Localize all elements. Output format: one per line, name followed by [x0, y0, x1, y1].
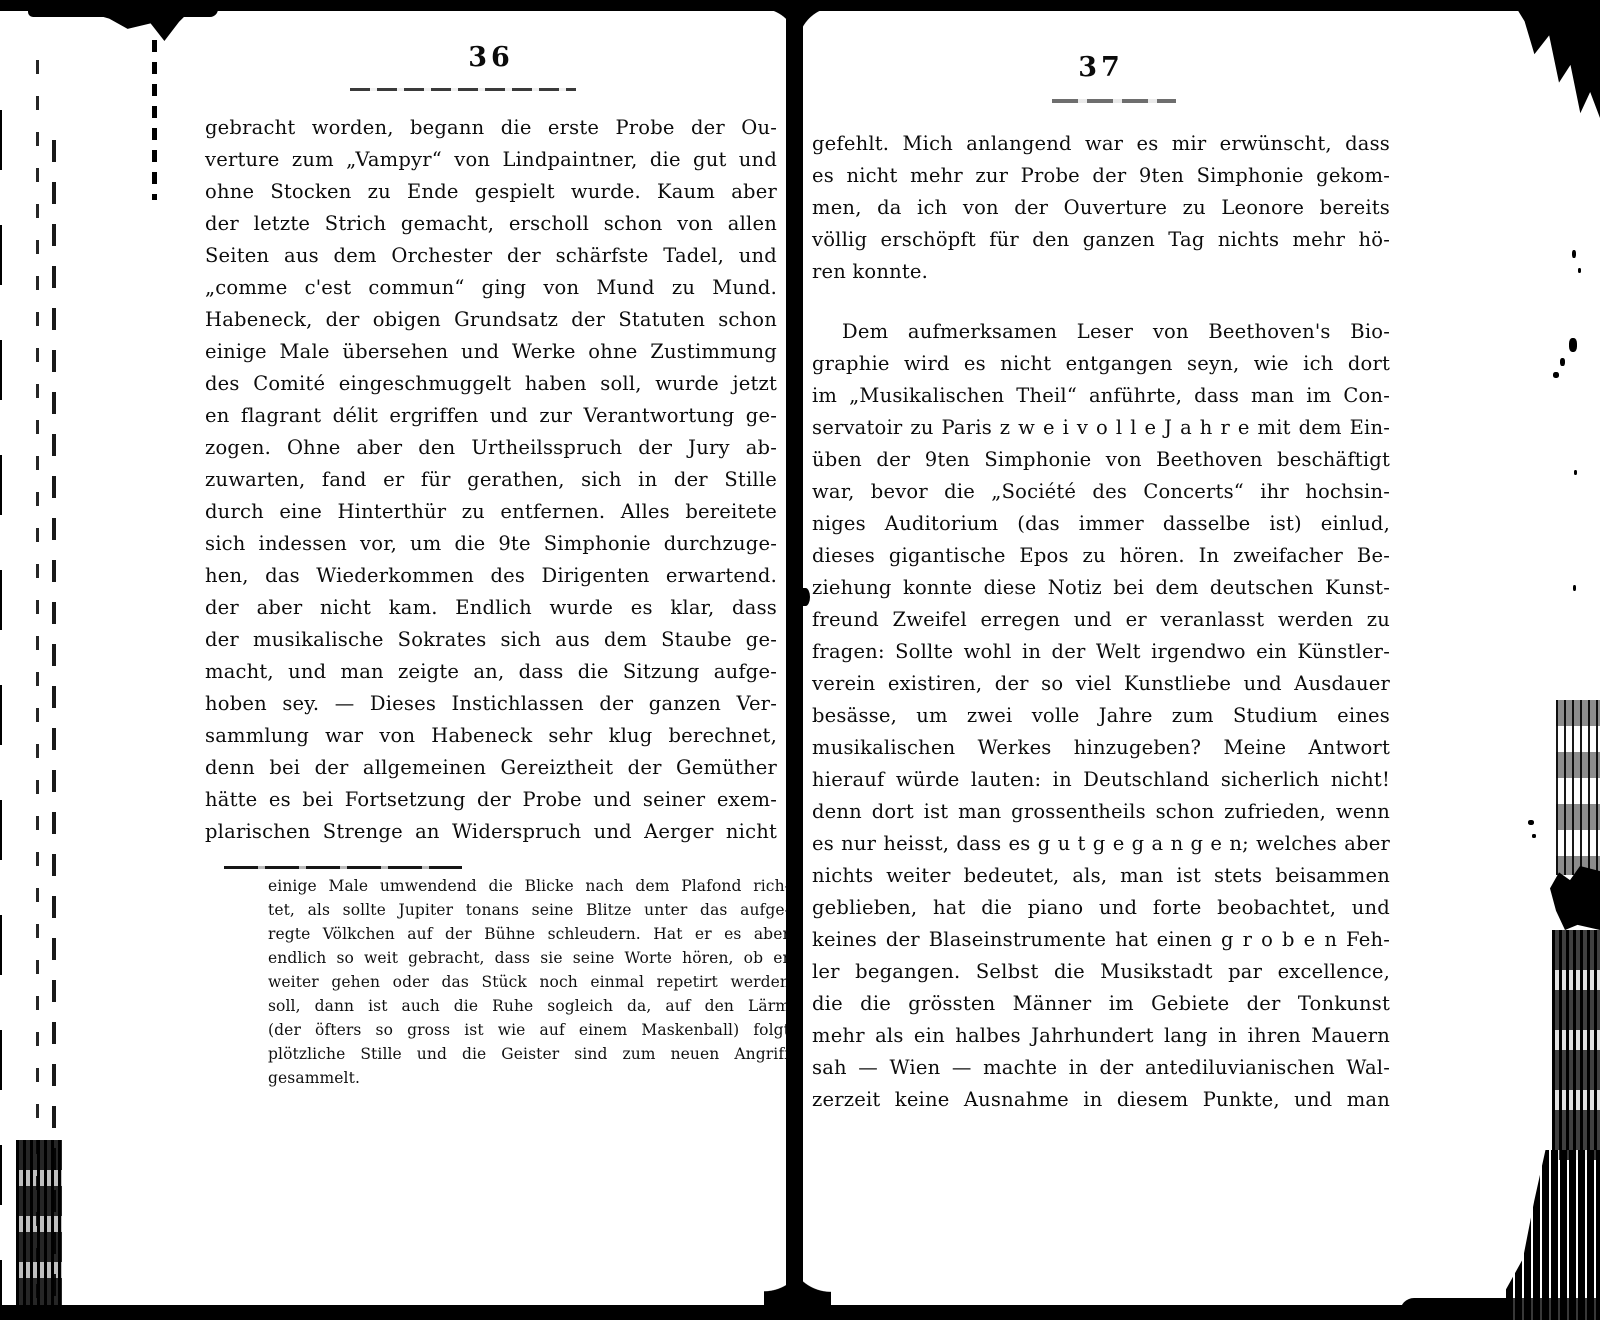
- text-line: (der öfters so gross ist wie auf einem M…: [268, 1018, 790, 1042]
- scan-artifact-left-streak-2: [52, 140, 56, 1315]
- text-line: hoben sey. — Dieses Instichlassen der ga…: [205, 688, 777, 720]
- text-line: der musikalische Sokrates sich aus dem S…: [205, 624, 777, 656]
- text-line: die die grössten Männer im Gebiete der T…: [812, 988, 1390, 1020]
- text-line: hätte es bei Fortsetzung der Probe und s…: [205, 784, 777, 816]
- scan-speck: [1553, 372, 1559, 378]
- text-line: verein existiren, der so viel Kunstliebe…: [812, 668, 1390, 700]
- text-line: en flagrant délit ergriffen und zur Vera…: [205, 400, 777, 432]
- text-line: macht, und man zeigte an, dass die Sitzu…: [205, 656, 777, 688]
- scan-artifact-right-band-sparse: [1556, 700, 1600, 875]
- page-number-smudge-left: [350, 88, 576, 91]
- right-page-paragraph-2: Dem aufmerksamen Leser von Beethoven's B…: [812, 316, 1390, 1116]
- text-line: denn bei der allgemeinen Gereiztheit der…: [205, 752, 777, 784]
- scan-artifact-top-left-streak: [152, 40, 157, 200]
- scan-speck: [1573, 585, 1576, 591]
- left-page-main-text: gebracht worden, begann die erste Probe …: [205, 112, 777, 848]
- scan-artifact-gutter-bump: [801, 588, 810, 606]
- scan-artifact-bottom-bar: [0, 1305, 1600, 1320]
- text-line: soll, dann ist auch die Ruhe sogleich da…: [268, 994, 790, 1018]
- text-line: gesammelt.: [268, 1066, 790, 1090]
- scan-speck: [1572, 250, 1576, 258]
- footnote-separator: [224, 866, 462, 869]
- scan-speck: [1528, 820, 1534, 825]
- text-line: plötzliche Stille und die Geister sind z…: [268, 1042, 790, 1066]
- left-page-number: 36: [205, 42, 777, 73]
- scan-artifact-gutter-flare-right: [803, 1249, 831, 1307]
- text-line: geblieben, hat die piano und forte beoba…: [812, 892, 1390, 924]
- text-line: einige Male umwendend die Blicke nach de…: [268, 874, 790, 898]
- text-line: einige Male übersehen und Werke ohne Zus…: [205, 336, 777, 368]
- page-number-smudge-right: [1052, 99, 1176, 103]
- text-line: verture zum „Vampyr“ von Lindpaintner, d…: [205, 144, 777, 176]
- text-line: des Comité eingeschmuggelt haben soll, w…: [205, 368, 777, 400]
- scan-speck: [1560, 358, 1565, 366]
- scan-artifact-gutter-cap-right: [803, 0, 837, 46]
- text-line: sammlung war von Habeneck sehr klug bere…: [205, 720, 777, 752]
- right-page-number: 37: [812, 52, 1390, 83]
- text-line: fragen: Sollte wohl in der Welt irgendwo…: [812, 636, 1390, 668]
- scan-artifact-gutter-cap-left: [760, 0, 790, 46]
- text-line: nichts weiter bedeutet, als, man ist ste…: [812, 860, 1390, 892]
- text-line: ren konnte.: [812, 256, 1390, 288]
- scan-artifact-right-band-mid: [1552, 930, 1600, 1160]
- text-line: ler begangen. Selbst die Musikstadt par …: [812, 956, 1390, 988]
- text-line: üben der 9ten Simphonie von Beethoven be…: [812, 444, 1390, 476]
- scan-artifact-right-band-dense: [1506, 1150, 1600, 1320]
- text-line: sah — Wien — machte in der antediluviani…: [812, 1052, 1390, 1084]
- text-line: tet, als sollte Jupiter tonans seine Bli…: [268, 898, 790, 922]
- text-line: sich indessen vor, um die 9te Simphonie …: [205, 528, 777, 560]
- scan-artifact-top-left-blob: [100, 9, 192, 41]
- text-line: Seiten aus dem Orchester der schärfste T…: [205, 240, 777, 272]
- scan-speck: [1574, 470, 1577, 475]
- text-line: plarischen Strenge an Widerspruch und Ae…: [205, 816, 777, 848]
- scan-artifact-right-blob: [1550, 866, 1600, 930]
- text-line: Dem aufmerksamen Leser von Beethoven's B…: [812, 316, 1390, 348]
- text-line: es nicht mehr zur Probe der 9ten Simphon…: [812, 160, 1390, 192]
- scan-artifact-left-edge-line: [0, 110, 2, 1310]
- text-line: war, bevor die „Société des Concerts“ ih…: [812, 476, 1390, 508]
- text-line: besässe, um zwei volle Jahre zum Studium…: [812, 700, 1390, 732]
- text-line: men, da ich von der Ouverture zu Leonore…: [812, 192, 1390, 224]
- text-line: keines der Blaseinstrumente hat einen g …: [812, 924, 1390, 956]
- text-line: denn dort ist man grossentheils schon zu…: [812, 796, 1390, 828]
- text-line: gefehlt. Mich anlangend war es mir erwün…: [812, 128, 1390, 160]
- text-line: hen, das Wiederkommen des Dirigenten erw…: [205, 560, 777, 592]
- text-line: ohne Stocken zu Ende gespielt wurde. Kau…: [205, 176, 777, 208]
- text-line: der letzte Strich gemacht, erscholl scho…: [205, 208, 777, 240]
- scan-speck: [1532, 834, 1536, 838]
- text-line: ziehung konnte diese Notiz bei dem deuts…: [812, 572, 1390, 604]
- text-line: hierauf würde lauten: in Deutschland sic…: [812, 764, 1390, 796]
- scan-artifact-top-right-blob: [1518, 0, 1600, 118]
- text-line: im „Musikalischen Theil“ anführte, dass …: [812, 380, 1390, 412]
- scan-artifact-gutter-flare-left: [764, 1249, 790, 1307]
- text-line: es nur heisst, dass es g u t g e g a n g…: [812, 828, 1390, 860]
- text-line: mehr als ein halbes Jahrhundert lang in …: [812, 1020, 1390, 1052]
- text-line: servatoir zu Paris z w e i v o l l e J a…: [812, 412, 1390, 444]
- text-line: graphie wird es nicht entgangen seyn, wi…: [812, 348, 1390, 380]
- text-line: Habeneck, der obigen Grundsatz der Statu…: [205, 304, 777, 336]
- text-line: niges Auditorium (das immer dasselbe ist…: [812, 508, 1390, 540]
- text-line: völlig erschöpft für den ganzen Tag nich…: [812, 224, 1390, 256]
- text-line: regte Völkchen auf der Bühne schleudern.…: [268, 922, 790, 946]
- text-line: weiter gehen oder das Stück noch einmal …: [268, 970, 790, 994]
- text-line: „comme c'est commun“ ging von Mund zu Mu…: [205, 272, 777, 304]
- scan-speck: [1569, 338, 1577, 352]
- text-line: musikalischen Werkes hinzugeben? Meine A…: [812, 732, 1390, 764]
- scan-speck: [1578, 268, 1581, 273]
- text-line: zerzeit keine Ausnahme in diesem Punkte,…: [812, 1084, 1390, 1116]
- book-scan: { "colors": { "ink": "#000000", "paper":…: [0, 0, 1600, 1320]
- text-line: zuwarten, fand er für gerathen, sich in …: [205, 464, 777, 496]
- text-line: durch eine Hinterthür zu entfernen. Alle…: [205, 496, 777, 528]
- text-line: dieses gigantische Epos zu hören. In zwe…: [812, 540, 1390, 572]
- text-line: gebracht worden, begann die erste Probe …: [205, 112, 777, 144]
- right-page-paragraph-1: gefehlt. Mich anlangend war es mir erwün…: [812, 128, 1390, 288]
- scan-artifact-left-streak-1: [36, 60, 39, 1310]
- text-line: zogen. Ohne aber den Urtheilsspruch der …: [205, 432, 777, 464]
- text-line: freund Zweifel erregen und er veranlasst…: [812, 604, 1390, 636]
- scan-artifact-bottom-left-cluster: [16, 1140, 62, 1320]
- text-line: endlich so weit gebracht, dass sie seine…: [268, 946, 790, 970]
- left-page-footnote: einige Male umwendend die Blicke nach de…: [268, 874, 790, 1090]
- scan-artifact-book-gutter: [786, 0, 803, 1320]
- text-line: der aber nicht kam. Endlich wurde es kla…: [205, 592, 777, 624]
